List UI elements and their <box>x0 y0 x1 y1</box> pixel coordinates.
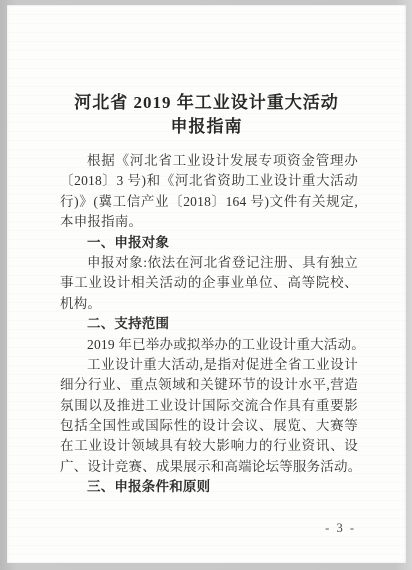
document-title: 河北省 2019 年工业设计重大活动 申报指南 <box>7 91 406 139</box>
body-line: 机构。 <box>60 294 358 314</box>
body-line: 〔2018〕3 号)和《河北省资助工业设计重大活动操作规程(试 <box>60 171 358 191</box>
section-heading-1: 一、申报对象 <box>60 233 358 253</box>
body-line: 在工业设计领域具有较大影响力的行业资讯、设计对接、宣传推 <box>60 436 358 456</box>
document-body: 根据《河北省工业设计发展专项资金管理办法》(冀财规 〔2018〕3 号)和《河北… <box>7 151 406 498</box>
body-line: 氛围以及推进工业设计国际交流合作具有重要影响的品牌活动。 <box>60 396 358 416</box>
section-heading-2: 二、支持范围 <box>60 314 358 334</box>
body-line: 本申报指南。 <box>60 212 358 232</box>
page-number: - 3 - <box>7 521 406 536</box>
body-line: 申报对象:依法在河北省登记注册、具有独立法人资格且从 <box>60 253 358 273</box>
document-title-line-1: 河北省 2019 年工业设计重大活动 <box>7 91 406 115</box>
body-line: 2019 年已举办或拟举办的工业设计重大活动。 <box>60 335 358 355</box>
body-line: 行)》(冀工信产业〔2018〕164 号)文件有关规定,制定并发布 <box>60 192 358 212</box>
scan-background: 河北省 2019 年工业设计重大活动 申报指南 根据《河北省工业设计发展专项资金… <box>0 0 412 570</box>
document-title-line-2: 申报指南 <box>7 115 406 139</box>
body-line: 根据《河北省工业设计发展专项资金管理办法》(冀财规 <box>60 151 358 171</box>
body-line: 包括全国性或国际性的设计会议、展览、大赛等重大活动,以及 <box>60 416 358 436</box>
body-line: 事工业设计相关活动的企事业单位、高等院校、行业协会和社会 <box>60 273 358 293</box>
body-line: 细分行业、重点领域和关键环节的设计水平,营造工业设计发展 <box>60 375 358 395</box>
document-page: 河北省 2019 年工业设计重大活动 申报指南 根据《河北省工业设计发展专项资金… <box>7 5 406 563</box>
body-line: 工业设计重大活动,是指对促进全省工业设计发展,提升各 <box>60 355 358 375</box>
section-heading-3: 三、申报条件和原则 <box>60 477 358 497</box>
body-line: 广、设计竞赛、成果展示和高端论坛等服务活动。 <box>60 457 358 477</box>
